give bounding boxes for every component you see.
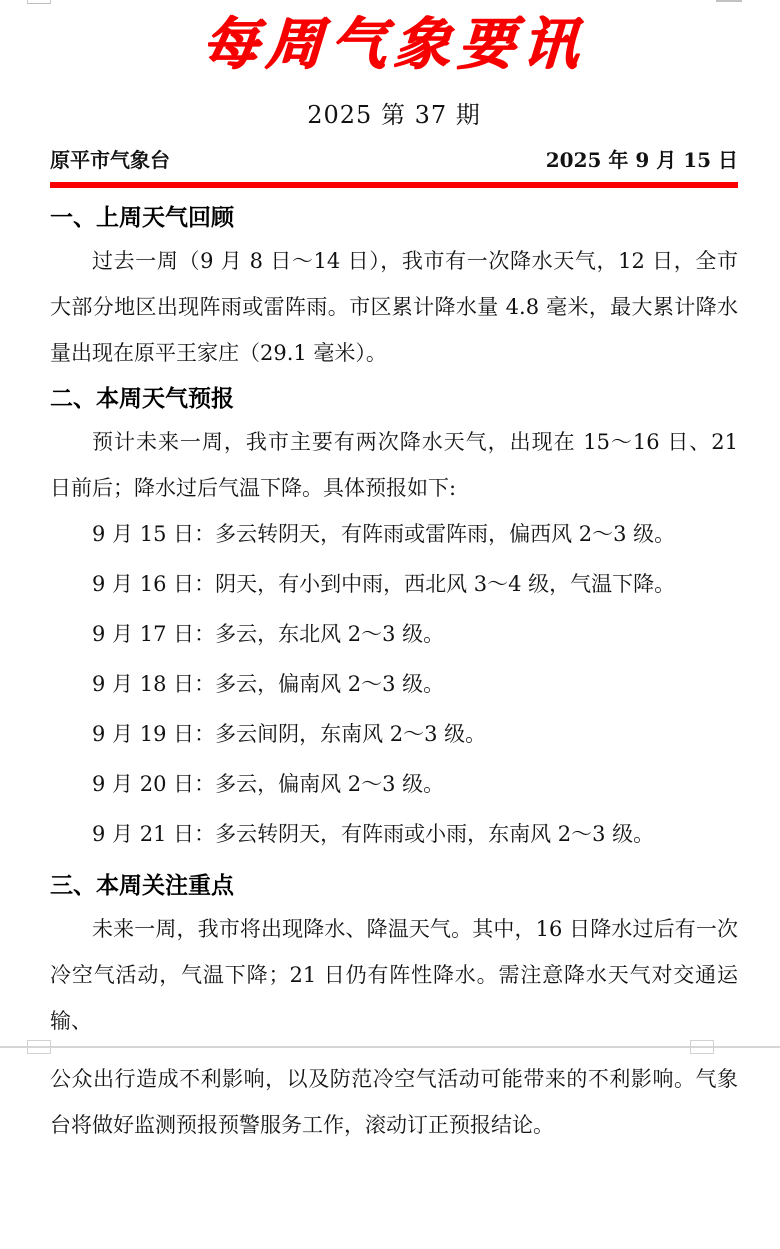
- forecast-intro-paragraph: 预计未来一周，我市主要有两次降水天气，出现在 15～16 日、21 日前后；降水…: [50, 419, 738, 511]
- document-content: 每周气象要讯 2025 第 37 期 原平市气象台 2025 年 9 月 15 …: [0, 0, 780, 1148]
- section-heading-forecast: 二、本周天气预报: [50, 386, 738, 412]
- page-break-divider: [0, 1046, 780, 1048]
- agency-name: 原平市气象台: [50, 148, 170, 173]
- masthead-row: 原平市气象台 2025 年 9 月 15 日: [50, 148, 738, 173]
- forecast-item-sep18: 9 月 18 日：多云，偏南风 2～3 级。: [50, 661, 738, 707]
- focus-paragraph-page2: 公众出行造成不利影响，以及防范冷空气活动可能带来的不利影响。气象台将做好监测预报…: [50, 1056, 738, 1148]
- forecast-item-sep17: 9 月 17 日：多云，东北风 2～3 级。: [50, 611, 738, 657]
- section-heading-review: 一、上周天气回顾: [50, 205, 738, 231]
- document-page: 每周气象要讯 2025 第 37 期 原平市气象台 2025 年 9 月 15 …: [0, 0, 780, 1249]
- page-title: 每周气象要讯: [48, 6, 740, 82]
- page-corner-marker-top-right: [716, 0, 742, 2]
- forecast-item-sep21: 9 月 21 日：多云转阴天，有阵雨或小雨，东南风 2～3 级。: [50, 811, 738, 857]
- page-break-notch-left: [27, 1040, 51, 1054]
- issue-number: 2025 第 37 期: [50, 100, 738, 130]
- review-paragraph: 过去一周（9 月 8 日～14 日），我市有一次降水天气，12 日，全市大部分地…: [50, 238, 738, 376]
- forecast-item-sep20: 9 月 20 日：多云，偏南风 2～3 级。: [50, 761, 738, 807]
- forecast-item-sep16: 9 月 16 日：阴天，有小到中雨，西北风 3～4 级，气温下降。: [50, 561, 738, 607]
- focus-paragraph-page1: 未来一周，我市将出现降水、降温天气。其中，16 日降水过后有一次冷空气活动，气温…: [50, 906, 738, 1044]
- forecast-item-sep19: 9 月 19 日：多云间阴，东南风 2～3 级。: [50, 711, 738, 757]
- issue-date: 2025 年 9 月 15 日: [546, 148, 738, 173]
- header-divider-rule: [50, 182, 738, 188]
- section-heading-focus: 三、本周关注重点: [50, 873, 738, 899]
- forecast-list: 9 月 15 日：多云转阴天，有阵雨或雷阵雨，偏西风 2～3 级。 9 月 16…: [50, 511, 738, 857]
- page-corner-marker-top-left: [27, 0, 51, 4]
- page-break-notch-right: [690, 1040, 714, 1054]
- forecast-item-sep15: 9 月 15 日：多云转阴天，有阵雨或雷阵雨，偏西风 2～3 级。: [50, 511, 738, 557]
